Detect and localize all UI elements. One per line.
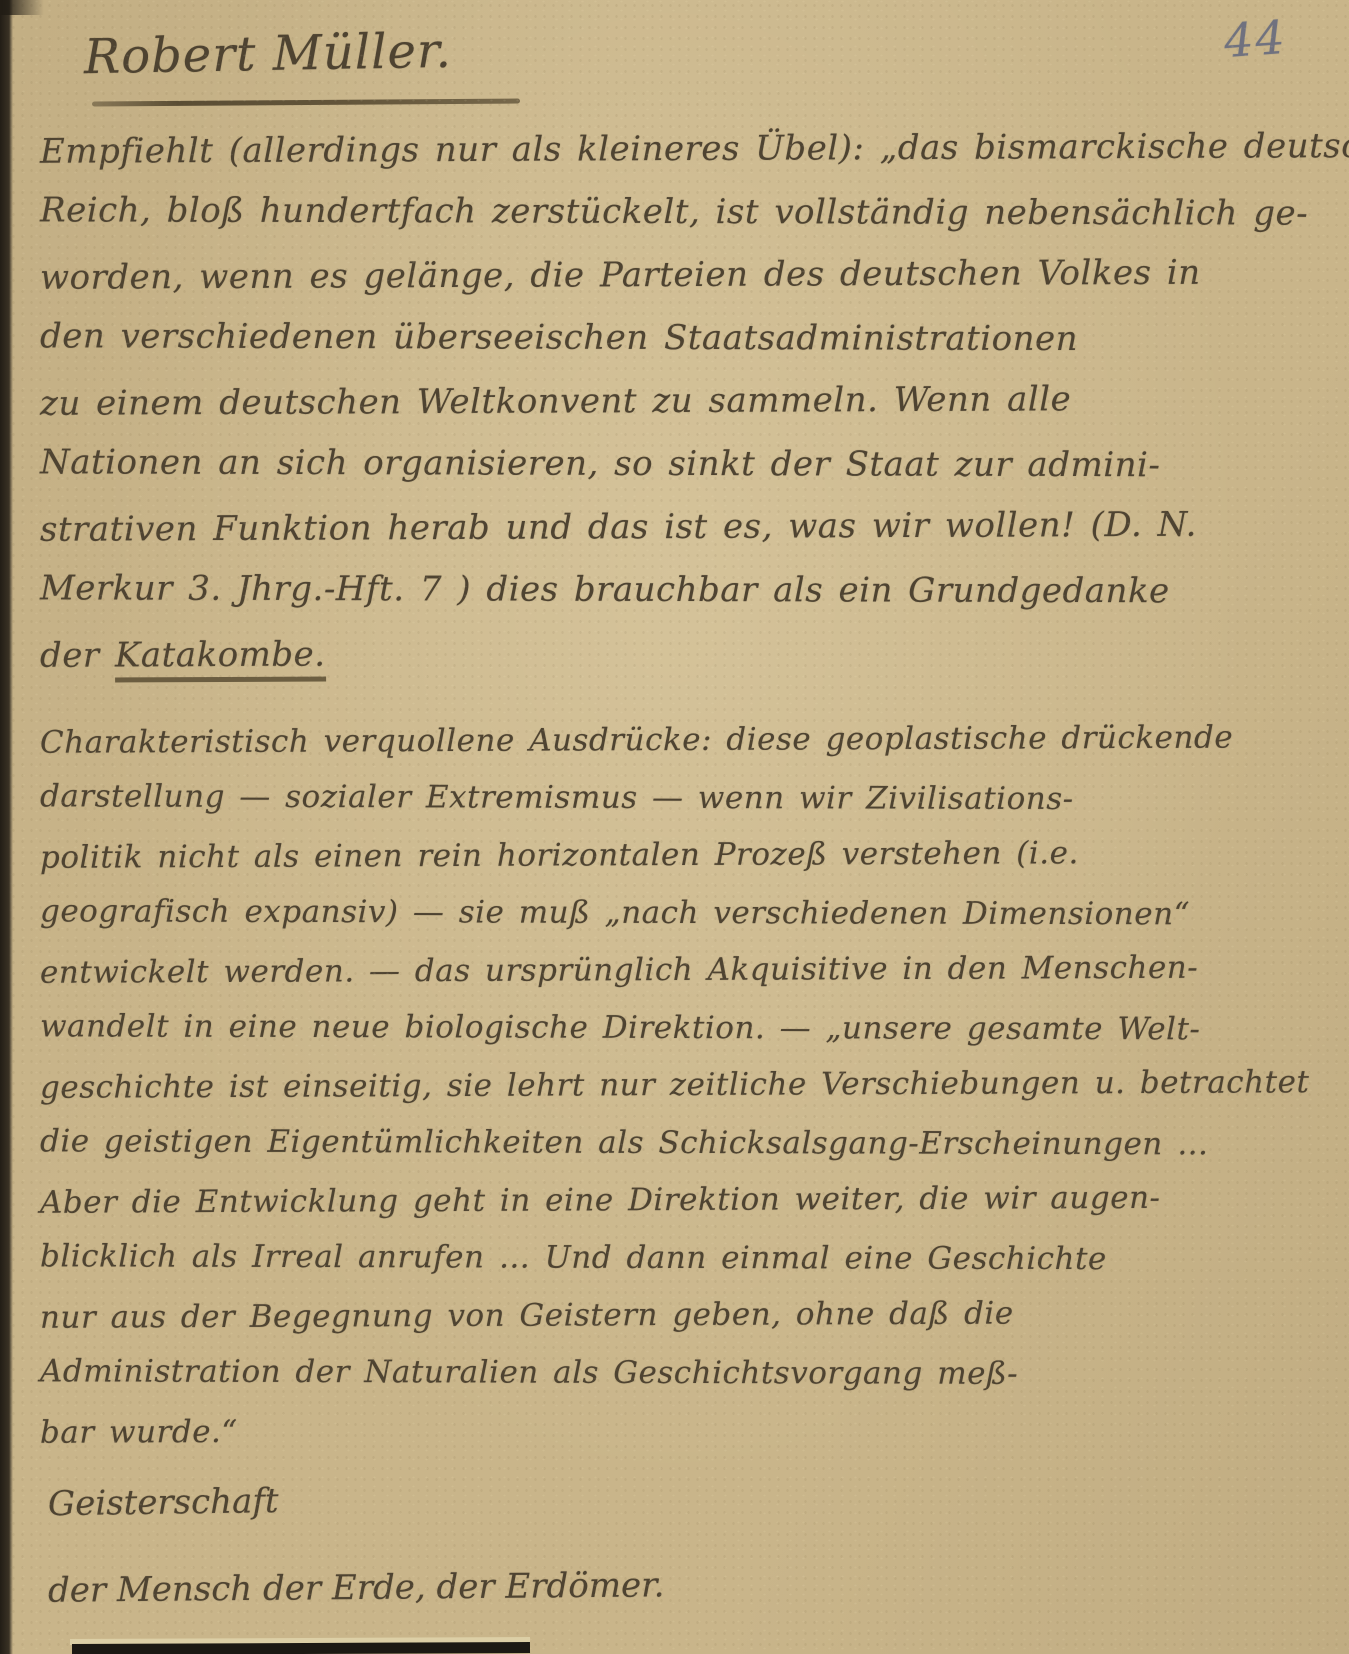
handwritten-line: blicklich als Irreal anrufen … Und dann … — [40, 1228, 1320, 1289]
handwritten-line: Reich, bloß hundertfach zerstückelt, ist… — [40, 179, 1320, 245]
page-title: Robert Müller. — [84, 26, 452, 82]
handwritten-line: Merkur 3. Jhrg.-Hft. 7 ) dies brauchbar … — [40, 557, 1320, 623]
handwritten-line: worden, wenn es gelänge, die Parteien de… — [40, 241, 1320, 310]
handwritten-line: die geistigen Eigentümlichkeiten als Sch… — [40, 1113, 1320, 1174]
scan-edge-left — [0, 0, 13, 1654]
handwritten-line: geschichte ist einseitig, sie lehrt nur … — [40, 1054, 1320, 1117]
handwritten-line: Nationen an sich organisieren, so sinkt … — [40, 431, 1320, 497]
handwritten-line: den verschiedenen überseeischen Staatsad… — [40, 305, 1320, 371]
closing-lines: Geisterschaft der Mensch der Erde, der E… — [48, 1480, 664, 1608]
paragraph-quote: Empfiehlt (allerdings nur als kleineres … — [40, 118, 1320, 685]
handwritten-line: Administration der Naturalien als Geschi… — [40, 1343, 1320, 1404]
title-underline — [92, 99, 520, 107]
handwritten-line: geografisch expansiv) — sie muß „nach ve… — [40, 883, 1320, 944]
handwritten-line: zu einem deutschen Weltkonvent zu sammel… — [40, 367, 1320, 436]
handwritten-line: Charakteristisch verquollene Ausdrücke: … — [40, 709, 1320, 772]
scan-edge-top-corner — [0, 0, 44, 15]
page-number: 44 — [1223, 10, 1289, 68]
closing-line-mensch-der-erde: der Mensch der Erde, der Erdömer. — [48, 1565, 665, 1610]
katakombe-prefix: der — [40, 635, 115, 675]
handwritten-line: darstellung — sozialer Extremismus — wen… — [40, 768, 1320, 829]
handwritten-line: Empfiehlt (allerdings nur als kleineres … — [40, 115, 1320, 184]
handwritten-line: nur aus der Begegnung von Geistern geben… — [40, 1284, 1320, 1347]
handwritten-line: strativen Funktion herab und das ist es,… — [40, 493, 1320, 562]
handwritten-line-katakombe: der Katakombe. — [40, 619, 1320, 688]
scan-edge-bottom — [72, 1642, 530, 1654]
page-title-text: Robert Müller. — [84, 23, 453, 85]
handwritten-line: entwickelt werden. — das ursprünglich Ak… — [40, 939, 1320, 1002]
handwritten-line: wandelt in eine neue biologische Direkti… — [40, 998, 1320, 1059]
closing-line-geisterschaft: Geisterschaft — [48, 1476, 665, 1525]
handwritten-line: bar wurde.“ — [40, 1399, 1320, 1462]
handwritten-line: Aber die Entwicklung geht in eine Direkt… — [40, 1169, 1320, 1232]
paragraph-notes: Charakteristisch verquollene Ausdrücke: … — [40, 712, 1320, 1460]
katakombe-underlined-word: Katakombe. — [115, 635, 326, 683]
manuscript-page: 44 Robert Müller. Empfiehlt (allerdings … — [0, 0, 1349, 1654]
handwritten-line: politik nicht als einen rein horizontale… — [40, 824, 1320, 887]
